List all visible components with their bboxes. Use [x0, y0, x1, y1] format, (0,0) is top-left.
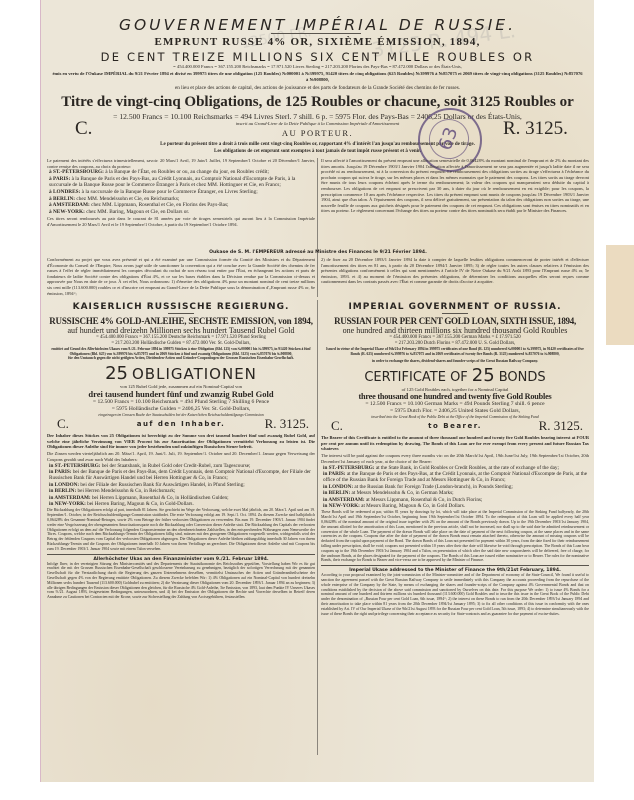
payment-place: à PARIS: à la Banque de Paris et des Pay…	[47, 176, 315, 189]
payment-place-city: in BERLIN:	[323, 490, 352, 496]
payment-place-city: in ST.-PETERSBURG:	[323, 465, 376, 471]
payment-place-city: in AMSTERDAM:	[323, 497, 366, 503]
german-payment-places: in ST.-PETERSBURG: bei der Staatsbank, i…	[47, 463, 315, 508]
german-amount-words: auf hundert und dreizehn Millionen sechs…	[47, 326, 315, 335]
german-bond-word: OBLIGATIONEN	[132, 365, 257, 383]
payment-place-details: at the Russian Bank for Foreign Trade (L…	[354, 484, 512, 490]
german-redemption-terms: Die Rückzahlung der Obligationen erfolgt…	[47, 508, 315, 551]
payment-place: à BERLIN: chez MM. Mendelssohn et Cie, e…	[47, 196, 315, 203]
english-equivalents-2: = 217.203.200 Dutch Florins = 87.472.000…	[321, 341, 589, 347]
german-holder-rights: Der Inhaber dieses Stückes von 25 Obliga…	[47, 433, 315, 449]
oukase-text-left: Conformément au projet que vous avez pré…	[47, 257, 315, 296]
german-bearer-row: C. auf den Inhaber. R. 3125.	[47, 417, 315, 433]
payment-place-details: at Messrs Lippmann, Rosenthal & Co, in D…	[366, 497, 482, 503]
payment-place-details: at the Banque de Paris et des Pays-Bas, …	[323, 471, 587, 483]
loan-title-fr: EMPRUNT RUSSE 4% OR, SIXIÈME ÉMISSION, 1…	[41, 36, 594, 48]
column-divider-fr-bottom	[317, 257, 318, 297]
english-equivalents-3: = 12.500 Francs = 10.100 German Marks = …	[321, 401, 589, 408]
amortisation-section-fr: Il sera affecté à l'amortissement du pré…	[321, 158, 589, 214]
amortisation-terms-fr: Il sera affecté à l'amortissement du pré…	[321, 158, 589, 214]
payment-place: à LONDRES: à la succursale de la Banque …	[47, 189, 315, 196]
payment-place-city: in LONDON:	[323, 484, 354, 490]
payment-place-city: in NEW-YORK:	[323, 503, 361, 509]
english-amount-words: one hundred and thirteen millions six hu…	[321, 326, 589, 335]
english-heading: IMPERIAL GOVERNMENT OF RUSSIA.	[321, 302, 589, 312]
payment-place: in NEW-YORK: bei Herren Baring, Magoun &…	[47, 501, 315, 507]
english-interest-terms: The interest will be paid against the co…	[321, 453, 589, 464]
payment-place-city: in BERLIN:	[49, 488, 78, 494]
column-divider-fr-top	[317, 158, 318, 258]
payment-place: à AMSTERDAM: chez MM. Lippmann, Rosentha…	[47, 202, 315, 209]
english-payment-places: in ST.-PETERSBURG: at the State Bank, in…	[321, 465, 589, 510]
payment-place-details: bei der Filiale der Russischen Bank für …	[80, 482, 244, 488]
german-equivalents-3: = 12.500 Francs = 10.100 Reichsmark = 49…	[47, 399, 315, 406]
german-amount: R. 3125.	[265, 416, 309, 432]
payment-place-details: at Messrs Mendelssohn & Co, in German Ma…	[352, 490, 454, 496]
loan-equivalents-fr: = 454.400.000 Francs = 367.155.200 Reich…	[51, 64, 584, 70]
paper-stain	[606, 245, 634, 345]
title-rule	[271, 33, 361, 34]
payment-place-city: à AMSTERDAM:	[49, 202, 91, 208]
oukase-text-right: 2) de fixer au 20 Décembre 1893/1 Janvie…	[321, 257, 589, 285]
bearer-rights-line-2: Les obligations de cet emprunt sont exem…	[51, 148, 584, 155]
payment-place-city: in ST.-PETERSBURG:	[49, 463, 102, 469]
german-section: KAISERLICH RUSSISCHE REGIERUNG. RUSSISCH…	[47, 302, 315, 600]
english-big-title: CERTIFICATE OF 25 BONDS	[321, 367, 589, 387]
german-equivalents-4: = 5975 Holländische Gulden = 2406,25 Ver…	[47, 406, 315, 413]
payment-place-details: à la succursale de la Banque Russe pour …	[82, 189, 258, 195]
english-holder-rights: The Bearer of this Certificate is entitl…	[321, 435, 589, 451]
english-certificate-word: CERTIFICATE OF	[364, 370, 467, 385]
english-equivalents-4: = 5975 Dutch Flor. = 2406,25 United Stat…	[321, 408, 589, 415]
german-big-title: 25 OBLIGATIONEN	[47, 365, 315, 384]
payment-place-details: à la Banque de l'État, en Roubles or ou,…	[105, 169, 269, 175]
english-amount: R. 3125.	[539, 418, 583, 434]
payment-places-fr: à ST.-PÉTERSBOURG: à la Banque de l'État…	[47, 169, 315, 215]
payment-place-city: à LONDRES:	[49, 189, 82, 195]
payment-place-details: à la Banque de Paris et des Pays-Bas, au…	[49, 176, 295, 189]
german-ukas-text: Infolge Ihrer, in der vereinigten Sitzun…	[47, 562, 315, 600]
payment-place-details: chez MM. Baring, Magoun et Cie, en Dolla…	[86, 209, 189, 215]
english-exchange-purpose: in order to exchange the shares, dividen…	[321, 359, 589, 363]
payment-place-details: bei Herren Mendelssohn & Co, in Reichsma…	[78, 488, 176, 494]
payment-place-city: à NEW-YORK:	[49, 209, 86, 215]
payment-place-details: bei der Banque de Paris et des Pays-Bas,…	[49, 469, 311, 481]
payment-place-city: in NEW-YORK:	[49, 501, 87, 507]
payment-place-city: in AMSTERDAM:	[49, 495, 92, 501]
column-divider-main	[317, 300, 318, 755]
loan-issue-details-fr: émis en vertu de l'Oukase IMPÉRIAL du 9/…	[51, 71, 584, 83]
payment-section-fr: Le paiement des intérêts s'effectuera tr…	[47, 158, 315, 228]
payment-place-details: bei der Staatsbank, in Rubel Gold oder C…	[102, 463, 251, 469]
payment-place-city: in LONDON:	[49, 482, 80, 488]
loan-purpose-fr: en lieu et place des actions de capital,…	[51, 85, 584, 92]
english-ukase-text: According to your proposal examined by t…	[321, 573, 589, 616]
oukase-title-fr: Oukase de S. M. l'EMPEREUR adressé au Mi…	[47, 250, 589, 257]
payment-place-details: at the State Bank, in Gold Roubles or Cr…	[376, 465, 559, 471]
payment-place-details: at Messrs Baring, Magoun & Co, in Gold D…	[361, 503, 465, 509]
certificate-title-fr: Titre de vingt-cinq Obligations, de 125 …	[41, 94, 594, 111]
amount-fr: R. 3125.	[503, 118, 568, 140]
bond-certificate: 12500 FR. 3125 R. 494 L. GOUVERNEMENT IM…	[40, 0, 594, 782]
german-issue-details: emittirt auf Grund des Allerhöchsten Uka…	[47, 347, 315, 356]
english-bond-count: 25	[472, 365, 495, 386]
german-amount-in-words: drei tausend hundert fünf und zwanzig Ru…	[47, 389, 315, 399]
german-heading: KAISERLICH RUSSISCHE REGIERUNG.	[47, 302, 315, 312]
english-section: IMPERIAL GOVERNMENT OF RUSSIA. RUSSIAN F…	[321, 302, 589, 616]
english-issue-details: Issued in virtue of the Imperial Ukase o…	[321, 347, 589, 356]
english-ukase-rule	[321, 565, 589, 566]
payment-place: à ST.-PÉTERSBOURG: à la Banque de l'État…	[47, 169, 315, 176]
german-equivalents-2: = 217.203.200 Holländische Gulden = 87.4…	[47, 341, 315, 347]
payment-place-details: bei Herren Lippmann, Rosenthal & Co, in …	[92, 495, 229, 501]
english-loan-title: RUSSIAN FOUR PER CENT GOLD LOAN, SIXTH I…	[321, 316, 589, 326]
redemption-terms-fr: Ces titres seront remboursés au pair dan…	[47, 216, 315, 227]
stamp-number: 63	[423, 113, 474, 164]
english-bearer-row: C. to Bearer. R. 3125.	[321, 419, 589, 435]
german-bond-count: 25	[105, 363, 128, 384]
german-loan-title: RUSSISCHE 4% GOLD-ANLEIHE, SECHSTE EMISS…	[47, 316, 315, 326]
payment-place: in PARIS: at the Banque de Paris et des …	[321, 471, 589, 484]
bearer-rights-line-1: Le porteur du présent titre a droit à tr…	[51, 141, 584, 148]
payment-place-details: chez MM. Lippmann, Rosenthal et Cie, en …	[91, 202, 228, 208]
german-ukas-rule	[47, 554, 315, 555]
loan-amount-fr: DE CENT TREIZE MILLIONS SIX CENT MILLE R…	[41, 50, 594, 64]
payment-place-details: bei Herren Baring, Magoun & Co, in Gold-…	[87, 501, 194, 507]
german-exchange-purpose: für den Umtausch gegen die nicht getilgt…	[47, 356, 315, 360]
payment-place-details: chez MM. Mendelssohn et Cie, en Reichsma…	[76, 196, 179, 202]
english-redemption-terms: These Bonds will be redeemed at par, wit…	[321, 510, 589, 563]
german-heading-rule	[168, 313, 194, 314]
bearer-rights-fr: Le porteur du présent titre a droit à tr…	[51, 141, 584, 155]
english-heading-rule	[442, 313, 468, 314]
document-title: GOUVERNEMENT IMPÉRIAL DE RUSSIE.	[41, 16, 594, 34]
english-amount-in-words: three thousand one hundred and twenty fi…	[321, 392, 589, 401]
payment-terms-fr: Le paiement des intérêts s'effectuera tr…	[47, 158, 315, 169]
payment-place-city: à ST.-PÉTERSBOURG:	[49, 169, 105, 175]
payment-place: in NEW-YORK: at Messrs Baring, Magoun & …	[321, 503, 589, 509]
payment-place-city: à BERLIN:	[49, 196, 76, 202]
payment-place: à NEW-YORK: chez MM. Baring, Magoun et C…	[47, 209, 315, 216]
payment-place-city: à PARIS:	[49, 176, 72, 182]
german-interest-terms: Die Zinsen werden vierteljährlich am 20.…	[47, 451, 315, 462]
english-bonds-word: BONDS	[499, 370, 546, 385]
payment-place: in PARIS: bei der Banque de Paris et des…	[47, 469, 315, 482]
